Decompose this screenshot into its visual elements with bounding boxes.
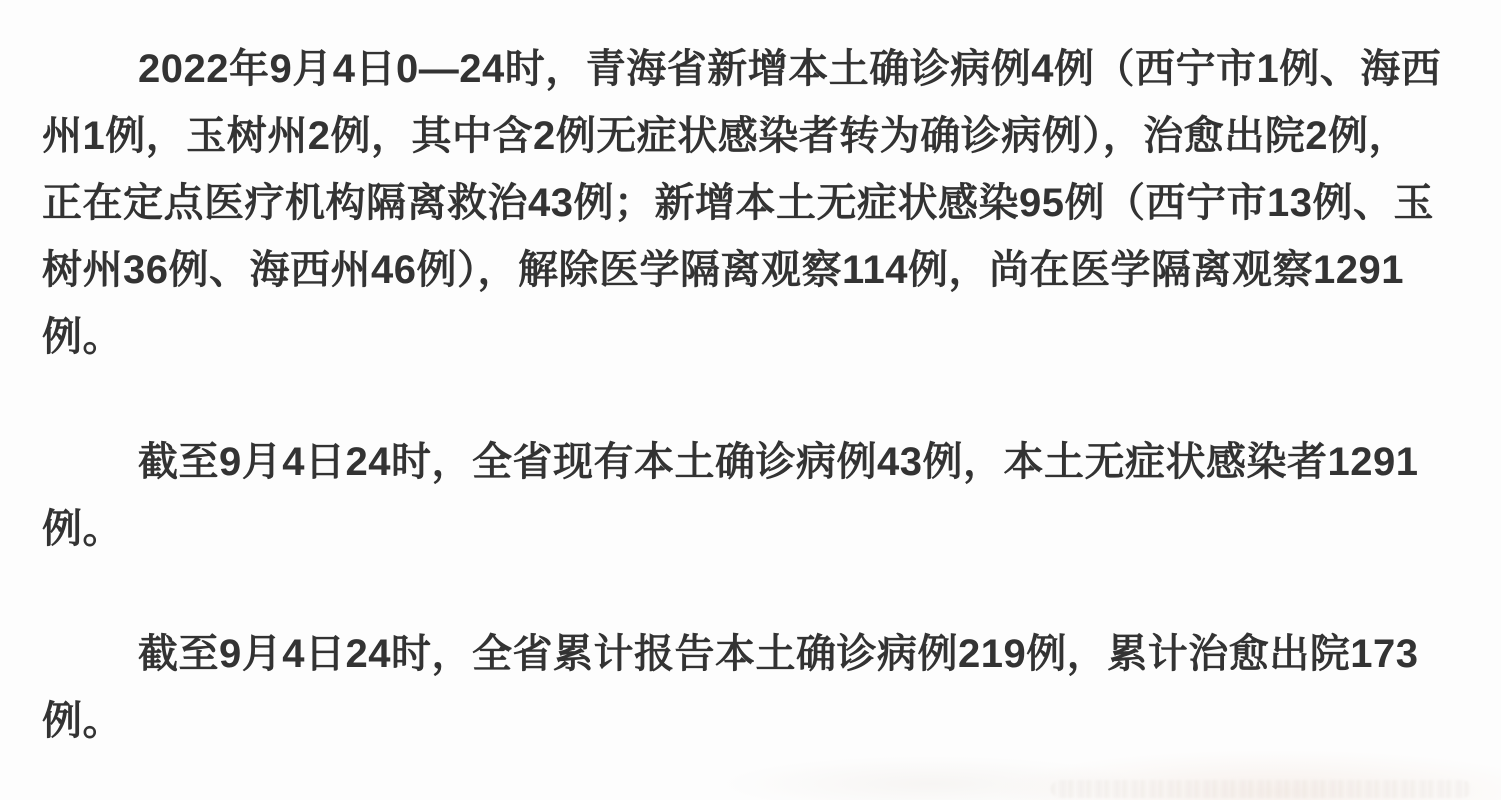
paragraph-cumulative-cases: 截至9月4日24时，全省累计报告本土确诊病例219例，累计治愈出院173例。 xyxy=(42,621,1449,755)
paragraph-daily-new-cases: 2022年9月4日0—24时，青海省新增本土确诊病例4例（西宁市1例、海西州1例… xyxy=(42,36,1449,371)
paragraph-current-cases: 截至9月4日24时，全省现有本土确诊病例43例，本土无症状感染者1291例。 xyxy=(42,429,1449,563)
watermark-smudge xyxy=(1051,780,1471,798)
report-page: 2022年9月4日0—24时，青海省新增本土确诊病例4例（西宁市1例、海西州1例… xyxy=(0,0,1501,800)
